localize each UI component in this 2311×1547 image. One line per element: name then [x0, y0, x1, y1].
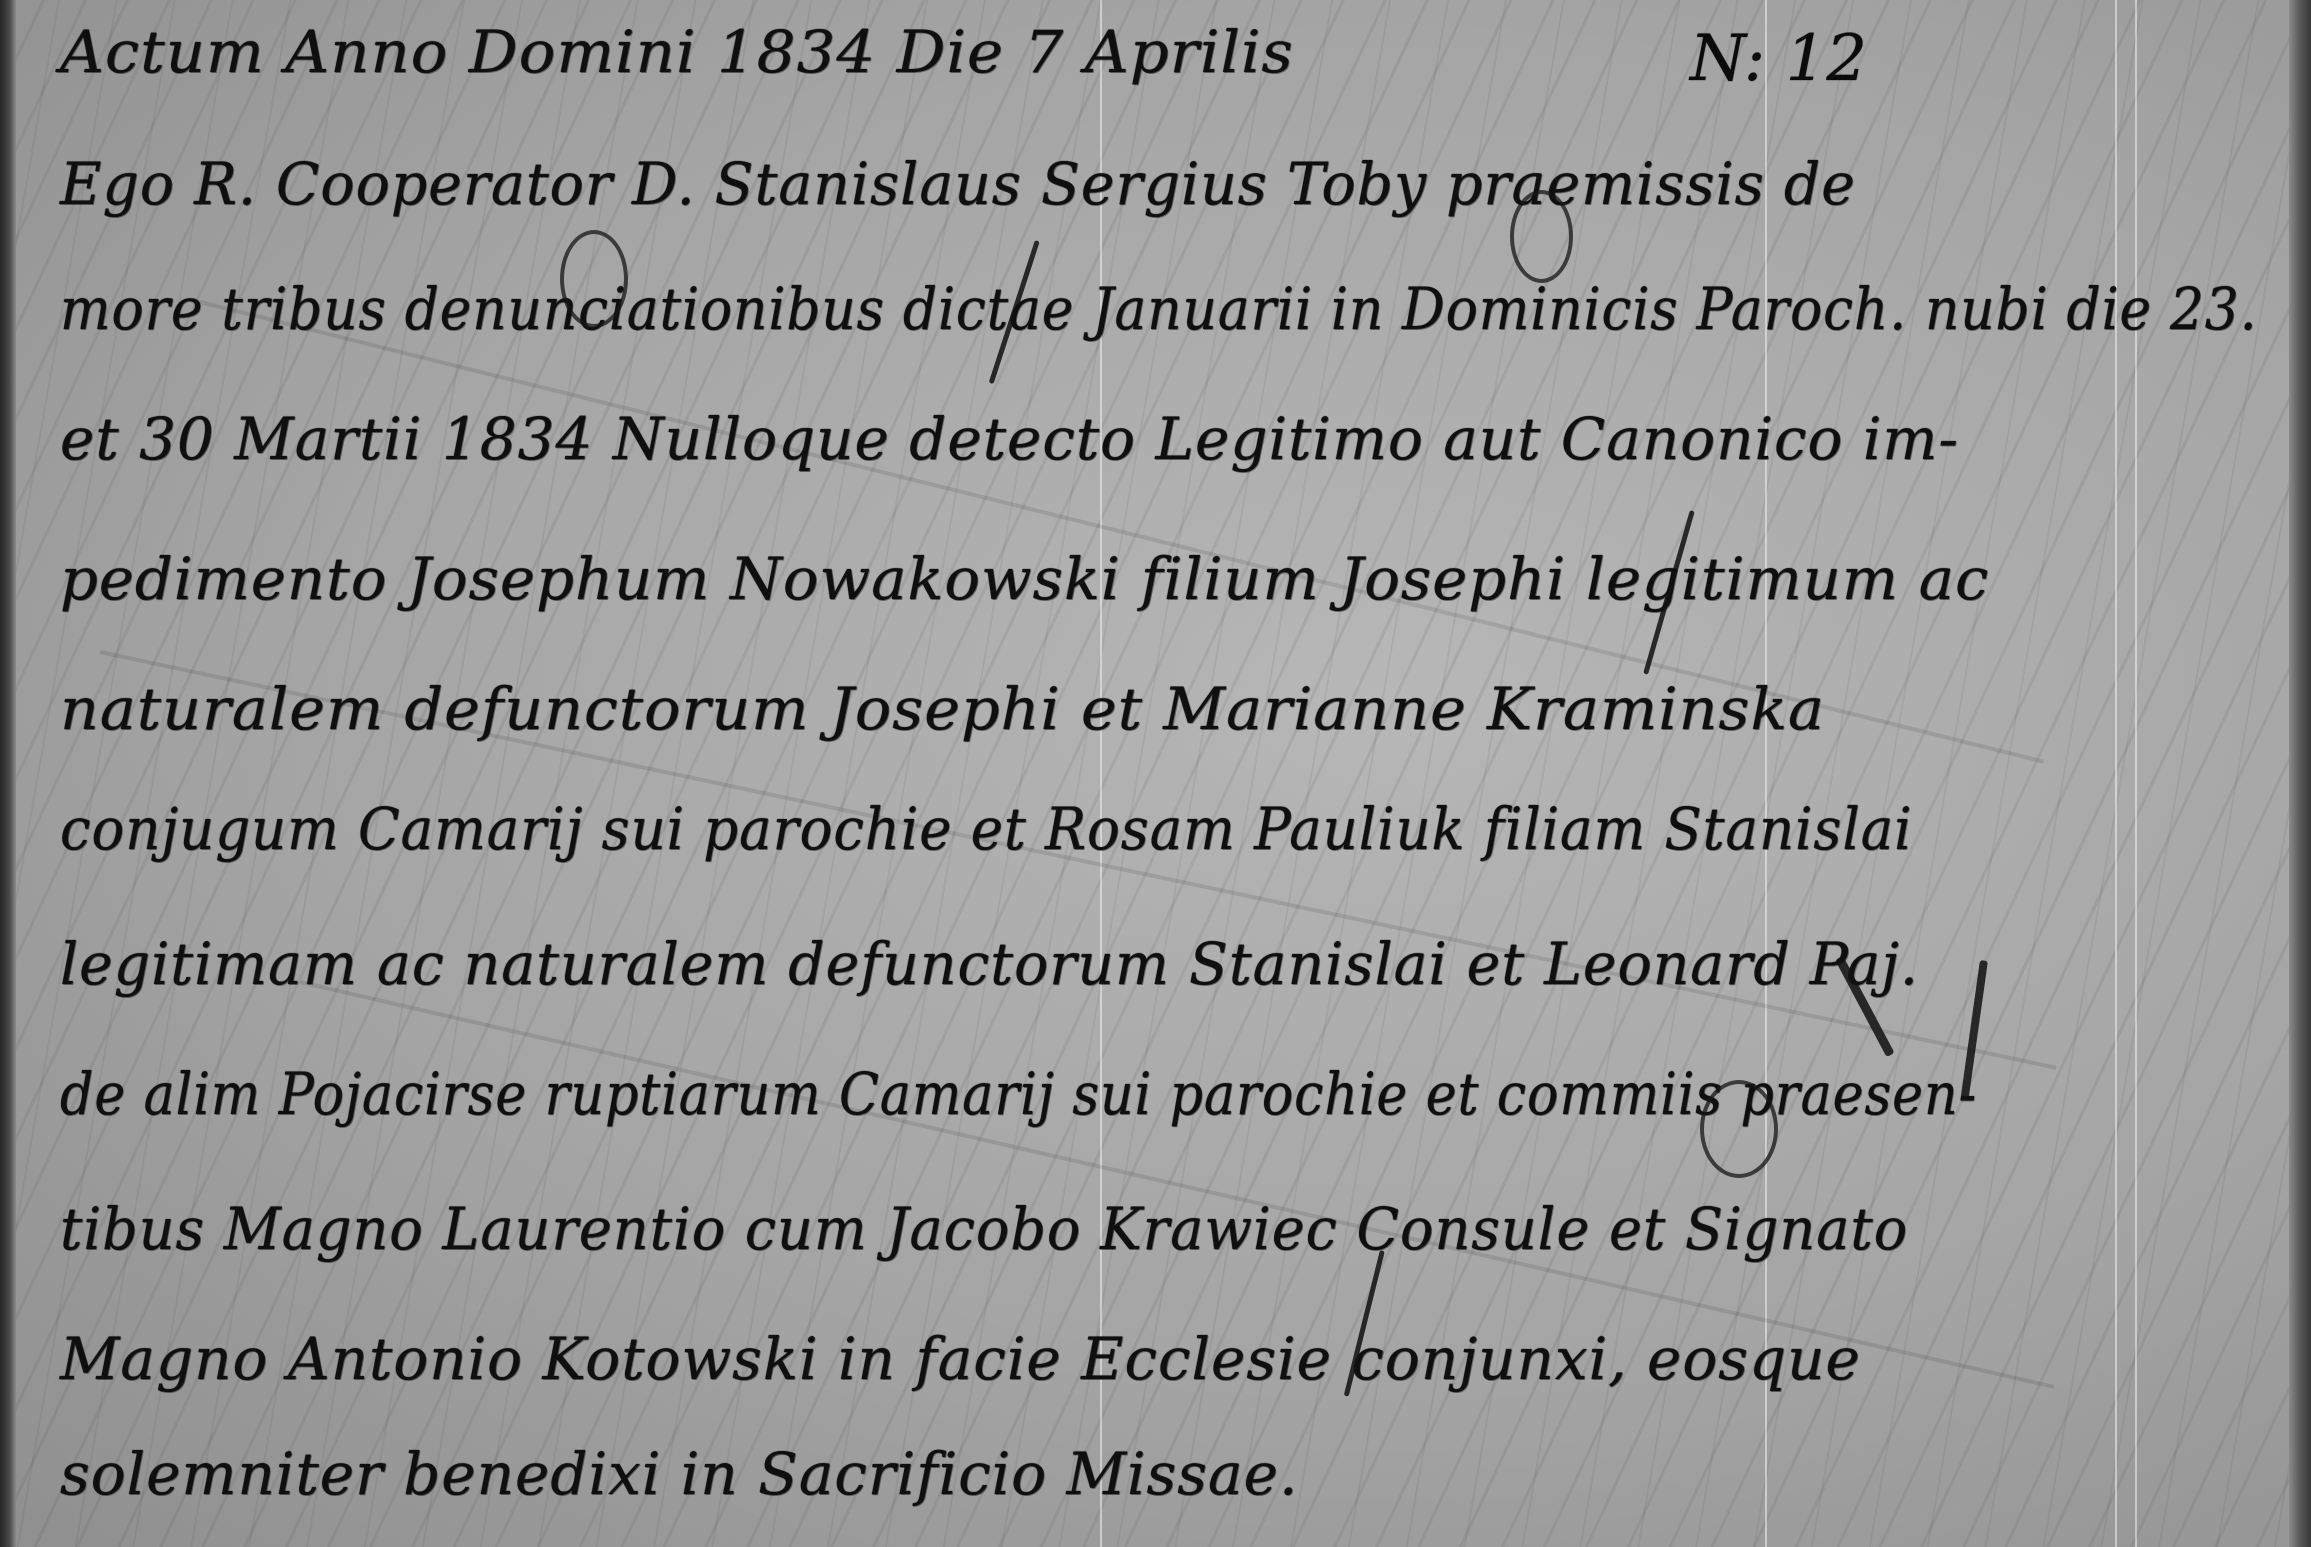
handwritten-line-4: et 30 Martii 1834 Nulloque detecto Legit…	[60, 405, 1959, 473]
handwritten-line-3: more tribus denunciationibus dictae Janu…	[60, 275, 2258, 343]
handwritten-line-11: Magno Antonio Kotowski in facie Ecclesie…	[60, 1325, 1861, 1393]
handwritten-line-9: de alim Pojacirse ruptiarum Camarij sui …	[60, 1060, 1977, 1128]
entry-number: N: 12	[1690, 22, 1867, 96]
ruling-line	[2135, 0, 2137, 1547]
letter-loop	[560, 230, 628, 328]
handwritten-line-5: pedimento Josephum Nowakowski filium Jos…	[60, 545, 1989, 613]
handwritten-line-2: Ego R. Cooperator D. Stanislaus Sergius …	[60, 150, 1856, 218]
handwritten-line-7: conjugum Camarij sui parochie et Rosam P…	[60, 795, 1913, 863]
binding-edge	[0, 0, 16, 1547]
ruling-line	[1100, 0, 1102, 1547]
handwritten-line-6: naturalem defunctorum Josephi et Mariann…	[60, 675, 1825, 743]
ruling-line	[2115, 0, 2117, 1547]
handwritten-line-10: tibus Magno Laurentio cum Jacobo Krawiec…	[60, 1195, 1908, 1263]
handwritten-line-12: solemniter benedixi in Sacrificio Missae…	[60, 1440, 1298, 1508]
letter-loop	[1510, 190, 1573, 283]
letter-loop	[1700, 1080, 1778, 1178]
handwritten-line-1: Actum Anno Domini 1834 Die 7 Aprilis	[60, 18, 1294, 86]
register-page-scan: Actum Anno Domini 1834 Die 7 Aprilis N: …	[0, 0, 2311, 1547]
handwritten-line-8: legitimam ac naturalem defunctorum Stani…	[60, 930, 1919, 998]
page-edge	[2289, 0, 2311, 1547]
ruling-line	[1765, 0, 1767, 1547]
